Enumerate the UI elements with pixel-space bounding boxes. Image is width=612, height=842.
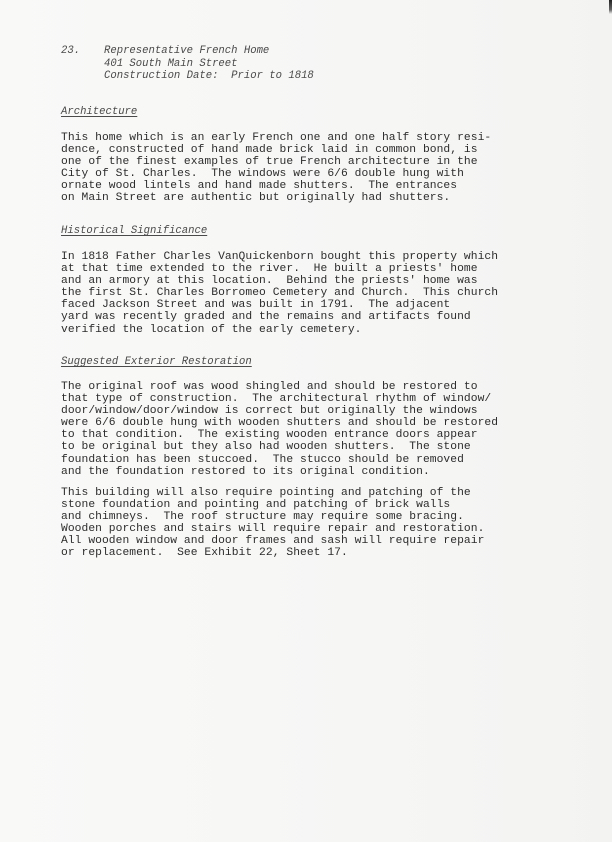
paragraph-restoration-2: This building will also require pointing… bbox=[61, 487, 484, 560]
text-line: that type of construction. The architect… bbox=[61, 393, 498, 405]
entry-construction-date: Construction Date: Prior to 1818 bbox=[61, 70, 314, 83]
entry-address: 401 South Main Street bbox=[61, 58, 314, 71]
section-heading-architecture: Architecture bbox=[61, 106, 137, 118]
text-line: and the foundation restored to its origi… bbox=[61, 466, 498, 478]
section-heading-suggested-exterior-restoration: Suggested Exterior Restoration bbox=[61, 356, 252, 368]
text-line: on Main Street are authentic but origina… bbox=[61, 192, 491, 204]
text-line: dence, constructed of hand made brick la… bbox=[61, 144, 491, 156]
text-line: were 6/6 double hung with wooden shutter… bbox=[61, 417, 498, 429]
text-line: The original roof was wood shingled and … bbox=[61, 381, 498, 393]
section-heading-historical-significance: Historical Significance bbox=[61, 225, 207, 237]
text-line: door/window/door/window is correct but o… bbox=[61, 405, 498, 417]
entry-title: Representative French Home bbox=[104, 45, 269, 57]
paragraph-restoration-1: The original roof was wood shingled and … bbox=[61, 381, 498, 478]
text-line: faced Jackson Street and was built in 17… bbox=[61, 299, 498, 311]
text-line: the first St. Charles Borromeo Cemetery … bbox=[61, 287, 498, 299]
text-line: to be original but they also had wooden … bbox=[61, 441, 498, 453]
text-line: yard was recently graded and the remains… bbox=[61, 311, 498, 323]
text-line: and an armory at this location. Behind t… bbox=[61, 275, 498, 287]
entry-header: 23.Representative French Home 401 South … bbox=[61, 45, 314, 83]
text-line: foundation has been stuccoed. The stucco… bbox=[61, 454, 498, 466]
text-line: In 1818 Father Charles VanQuickenborn bo… bbox=[61, 251, 498, 263]
text-line: one of the finest examples of true Frenc… bbox=[61, 156, 491, 168]
text-line: This home which is an early French one a… bbox=[61, 132, 491, 144]
text-line: stone foundation and pointing and patchi… bbox=[61, 499, 484, 511]
paragraph-architecture: This home which is an early French one a… bbox=[61, 132, 491, 205]
text-line: City of St. Charles. The windows were 6/… bbox=[61, 168, 491, 180]
text-line: verified the location of the early cemet… bbox=[61, 324, 498, 336]
text-line: at that time extended to the river. He b… bbox=[61, 263, 498, 275]
text-line: to that condition. The existing wooden e… bbox=[61, 429, 498, 441]
text-line: Wooden porches and stairs will require r… bbox=[61, 523, 484, 535]
paragraph-historical-significance: In 1818 Father Charles VanQuickenborn bo… bbox=[61, 251, 498, 336]
entry-number: 23. bbox=[61, 45, 104, 58]
text-line: All wooden window and door frames and sa… bbox=[61, 535, 484, 547]
text-line: ornate wood lintels and hand made shutte… bbox=[61, 180, 491, 192]
text-line: This building will also require pointing… bbox=[61, 487, 484, 499]
text-line: and chimneys. The roof structure may req… bbox=[61, 511, 484, 523]
document-page: 23.Representative French Home 401 South … bbox=[0, 0, 612, 842]
text-line: or replacement. See Exhibit 22, Sheet 17… bbox=[61, 547, 484, 559]
